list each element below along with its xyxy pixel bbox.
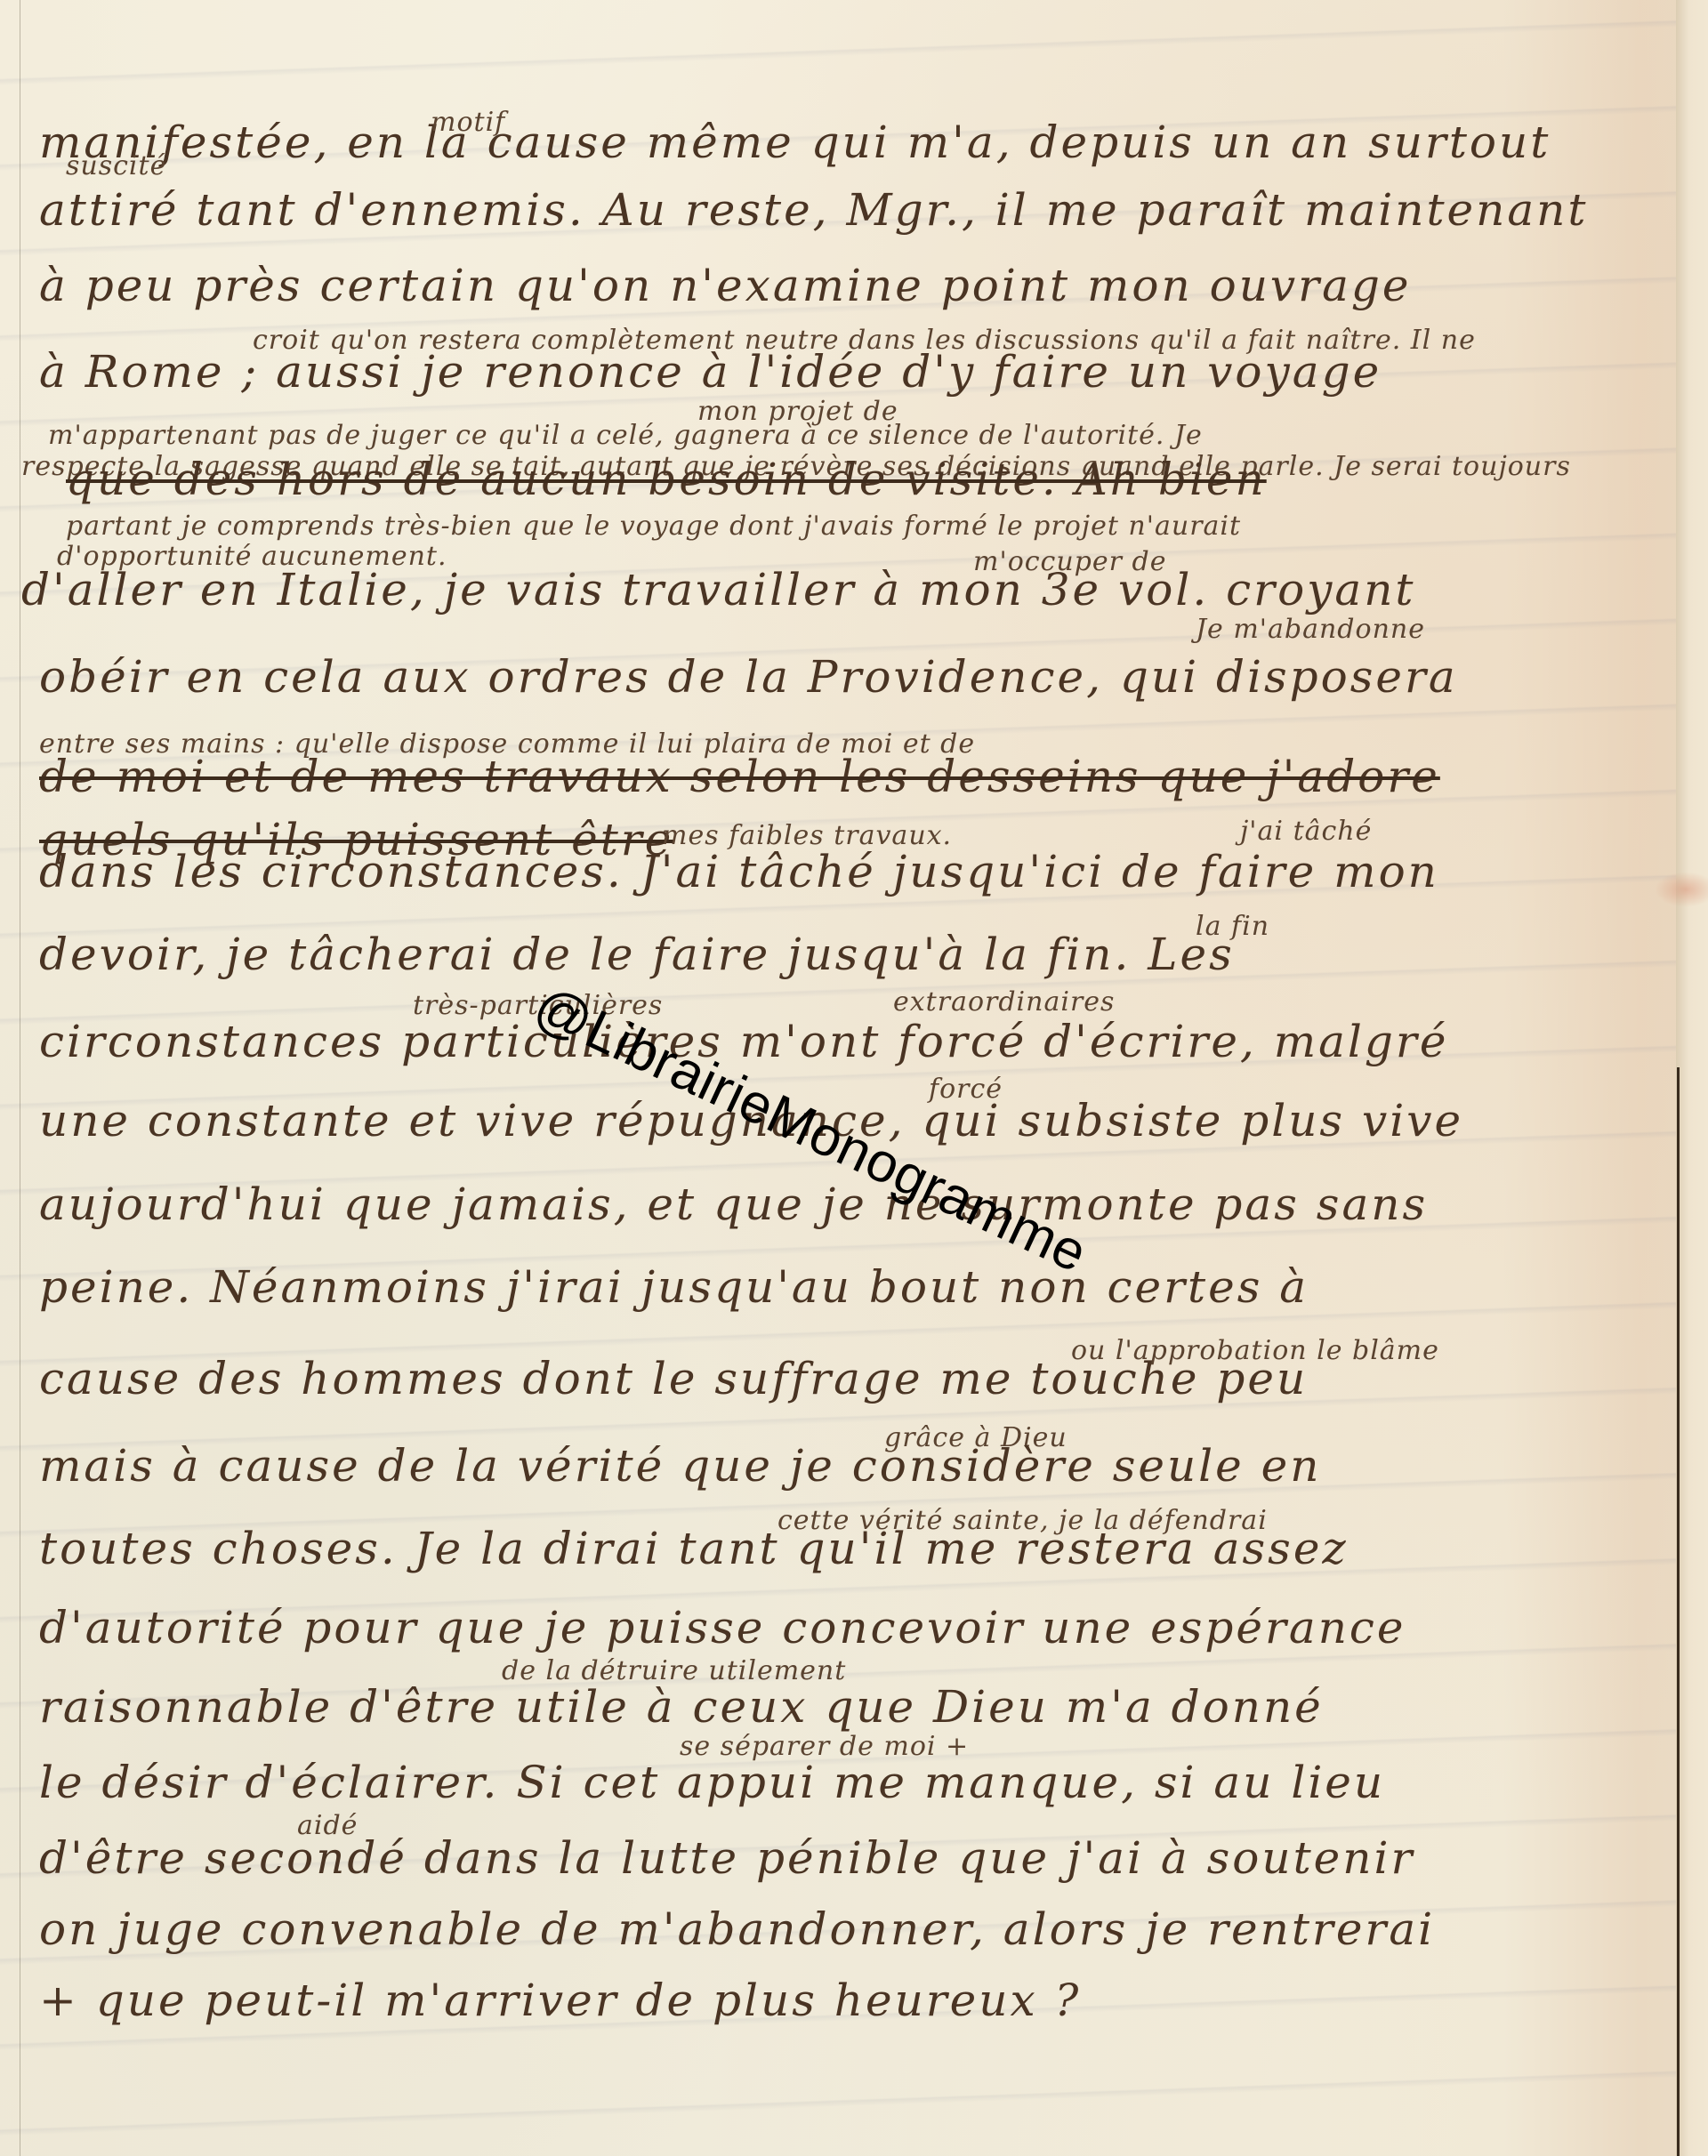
manuscript-line: + que peut-il m'arriver de plus heureux … <box>39 1975 1081 2026</box>
paper-edge-line <box>20 0 20 2156</box>
manuscript-line: mais à cause de la vérité que je considè… <box>39 1440 1321 1492</box>
manuscript-line: peine. Néanmoins j'irai jusqu'au bout no… <box>39 1261 1309 1313</box>
interlinear-insertion: extraordinaires <box>893 986 1115 1018</box>
manuscript-line: manifestée, en la cause même qui m'a, de… <box>39 117 1551 168</box>
manuscript-line: d'être secondé dans la lutte pénible que… <box>39 1832 1414 1884</box>
interlinear-insertion: j'ai tâché <box>1240 816 1372 847</box>
manuscript-line: que des hors de aucun besoin de visite. … <box>66 454 1267 505</box>
interlinear-insertion: partant je comprends très-bien que le vo… <box>66 511 1241 542</box>
manuscript-line: aujourd'hui que jamais, et que je ne sur… <box>39 1179 1428 1230</box>
manuscript-line: devoir, je tâcherai de le faire jusqu'à … <box>39 929 1235 980</box>
manuscript-line: d'autorité pour que je puisse concevoir … <box>39 1602 1406 1653</box>
manuscript-line: toutes choses. Je la dirai tant qu'il me… <box>39 1523 1349 1574</box>
manuscript-line: circonstances particulières m'ont forcé … <box>39 1016 1448 1067</box>
interlinear-insertion: se séparer de moi + <box>680 1731 969 1762</box>
manuscript-line: obéir en cela aux ordres de la Providenc… <box>39 651 1458 703</box>
handwritten-text: manifestée, en la cause même qui m'a, de… <box>39 0 1667 2156</box>
manuscript-page: manifestée, en la cause même qui m'a, de… <box>0 0 1708 2156</box>
interlinear-insertion: m'appartenant pas de juger ce qu'il a ce… <box>48 420 1203 451</box>
binding-gutter <box>1676 0 1708 2156</box>
manuscript-line: le désir d'éclairer. Si cet appui me man… <box>39 1757 1385 1808</box>
interlinear-insertion: motif <box>431 107 505 138</box>
manuscript-line: raisonnable d'être utile à ceux que Dieu… <box>39 1681 1324 1733</box>
manuscript-line: dans les circonstances. J'ai tâché jusqu… <box>39 846 1439 897</box>
interlinear-insertion: Je m'abandonne <box>1196 614 1425 645</box>
manuscript-line: à peu près certain qu'on n'examine point… <box>39 260 1411 311</box>
manuscript-line: à Rome ; aussi je renonce à l'idée d'y f… <box>39 346 1382 398</box>
manuscript-line: de moi et de mes travaux selon les desse… <box>39 751 1440 802</box>
manuscript-line: cause des hommes dont le suffrage me tou… <box>39 1353 1308 1404</box>
manuscript-line: d'aller en Italie, je vais travailler à … <box>21 564 1416 615</box>
gutter-ink-line <box>1677 1067 1680 2156</box>
interlinear-insertion: suscité <box>66 150 166 181</box>
manuscript-line: attiré tant d'ennemis. Au reste, Mgr., i… <box>39 184 1588 236</box>
manuscript-line: on juge convenable de m'abandonner, alor… <box>39 1903 1435 1955</box>
